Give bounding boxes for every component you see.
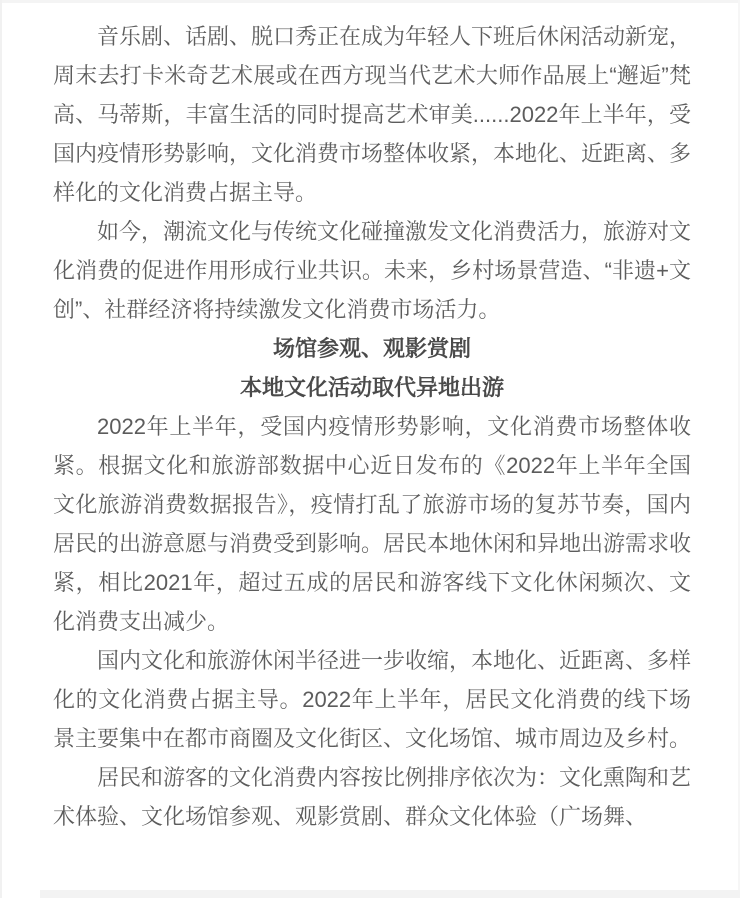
page-left-edge: [0, 0, 2, 898]
intro-paragraph-1: 音乐剧、话剧、脱口秀正在成为年轻人下班后休闲活动新宠，周末去打卡米奇艺术展或在西…: [53, 17, 691, 212]
article-body: 音乐剧、话剧、脱口秀正在成为年轻人下班后休闲活动新宠，周末去打卡米奇艺术展或在西…: [53, 17, 691, 836]
intro-paragraph-2: 如今，潮流文化与传统文化碰撞激发文化消费活力，旅游对文化消费的促进作用形成行业共…: [53, 212, 691, 329]
page-top-edge: [0, 0, 740, 3]
article-page: { "article": { "intro": { "p1": "音乐剧、话剧、…: [0, 0, 740, 898]
section-heading-line-2: 本地文化活动取代异地出游: [53, 368, 691, 407]
section-paragraph-1: 2022年上半年，受国内疫情形势影响，文化消费市场整体收紧。根据文化和旅游部数据…: [53, 407, 691, 641]
section-heading-line-1: 场馆参观、观影赏剧: [53, 329, 691, 368]
section-paragraph-2: 国内文化和旅游休闲半径进一步收缩，本地化、近距离、多样化的文化消费占据主导。20…: [53, 641, 691, 758]
next-content-block-edge: [40, 890, 740, 898]
section-paragraph-3-truncated: 居民和游客的文化消费内容按比例排序依次为：文化熏陶和艺术体验、文化场馆参观、观影…: [53, 758, 691, 836]
